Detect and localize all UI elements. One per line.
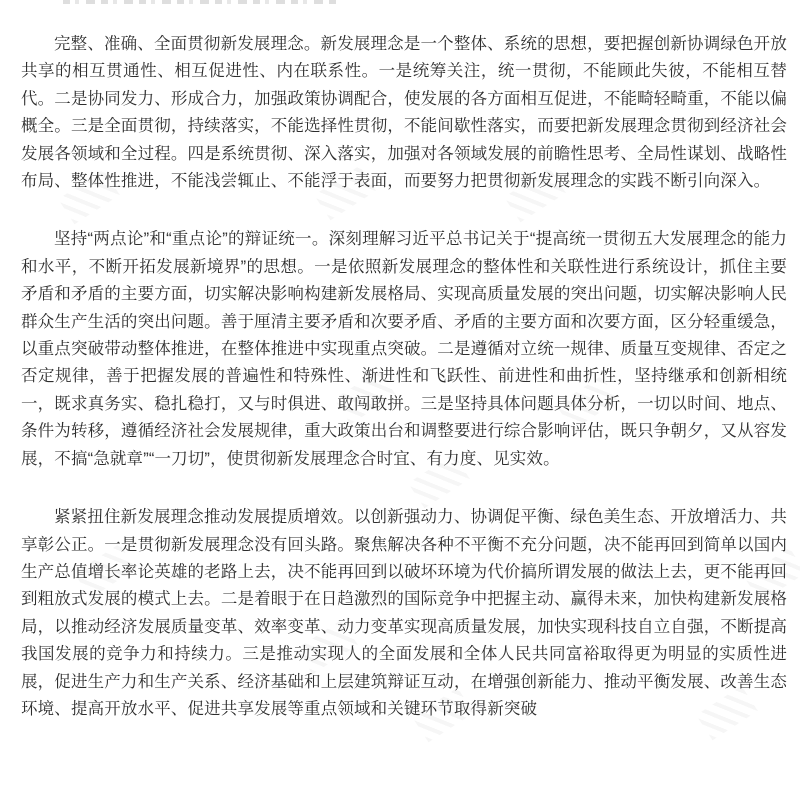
paragraph-3: 紧紧扭住新发展理念推动发展提质增效。以创新强动力、协调促平衡、绿色美生态、开放增… [21, 504, 787, 723]
document-body: 完整、准确、全面贯彻新发展理念。新发展理念是一个整体、系统的思想，要把握创新协调… [21, 31, 787, 723]
clipped-text-top [63, 0, 341, 4]
paragraph-2: 坚持“两点论”和“重点论”的辩证统一。深刻理解习近平总书记关于“提高统一贯彻五大… [21, 226, 787, 473]
document-page: 完整、准确、全面贯彻新发展理念。新发展理念是一个整体、系统的思想，要把握创新协调… [0, 0, 800, 800]
paragraph-1: 完整、准确、全面贯彻新发展理念。新发展理念是一个整体、系统的思想，要把握创新协调… [21, 31, 787, 195]
